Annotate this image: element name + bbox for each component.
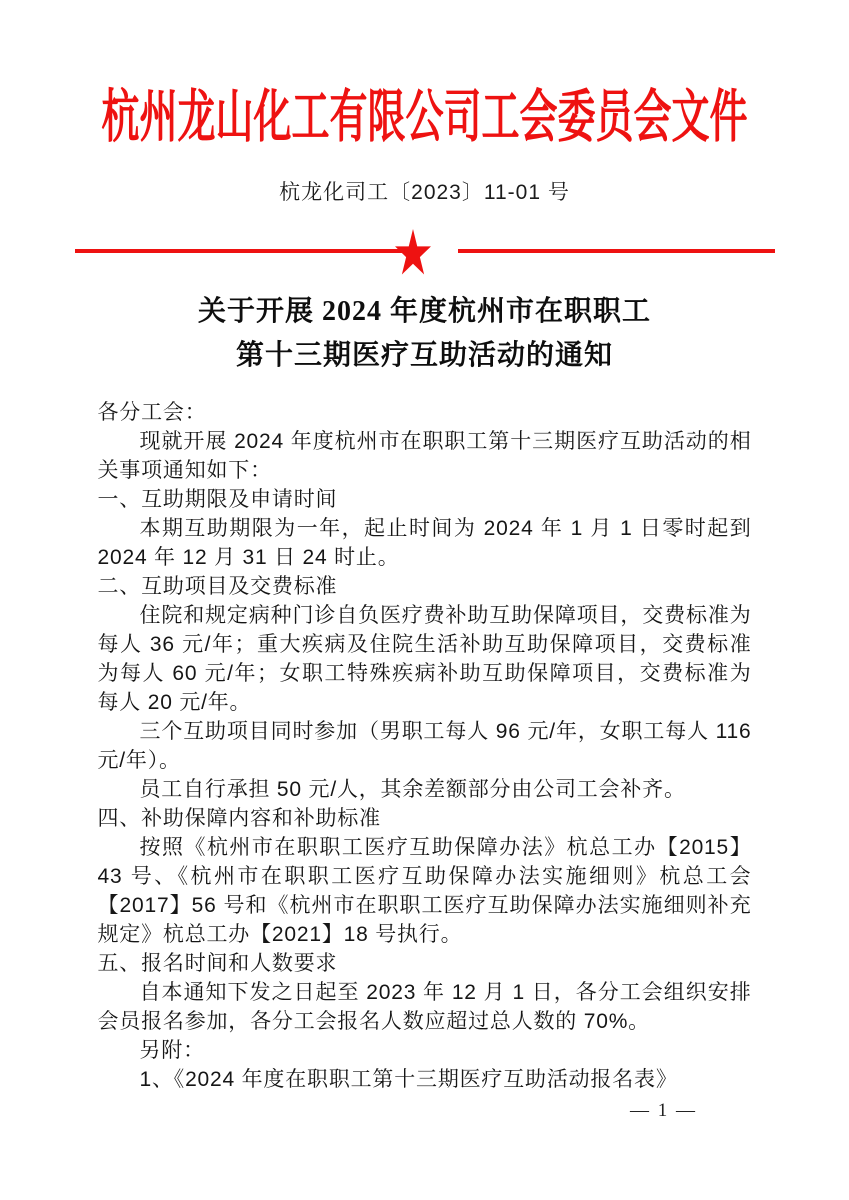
body-paragraph: 现就开展 2024 年度杭州市在职职工第十三期医疗互助活动的相关事项通知如下： — [98, 427, 752, 485]
document-title-line2: 第十三期医疗互助活动的通知 — [236, 340, 613, 371]
page-number: — 1 — — [630, 1100, 697, 1122]
body-paragraph: 三个互助项目同时参加（男职工每人 96 元/年，女职工每人 116 元/年）。 — [98, 717, 752, 775]
body-paragraph: 1、《2024 年度在职职工第十三期医疗互助活动报名表》 — [98, 1065, 752, 1094]
star-icon — [395, 228, 431, 276]
body-paragraph: 各分工会： — [98, 398, 752, 427]
divider-line-right — [458, 249, 775, 253]
body-paragraph: 员工自行承担 50 元/人，其余差额部分由公司工会补齐。 — [98, 775, 752, 804]
document-page: 杭州龙山化工有限公司工会委员会文件 杭龙化司工〔2023〕11-01 号 关于开… — [0, 0, 849, 1200]
body-paragraph: 住院和规定病种门诊自负医疗费补助互助保障项目，交费标准为每人 36 元/年；重大… — [98, 601, 752, 717]
body-paragraph: 自本通知下发之日起至 2023 年 12 月 1 日，各分工会组织安排会员报名参… — [98, 978, 752, 1036]
document-body: 各分工会：现就开展 2024 年度杭州市在职职工第十三期医疗互助活动的相关事项通… — [98, 398, 752, 1094]
body-paragraph: 二、互助项目及交费标准 — [98, 572, 752, 601]
org-banner-title: 杭州龙山化工有限公司工会委员会文件 — [0, 88, 849, 148]
document-number: 杭龙化司工〔2023〕11-01 号 — [0, 180, 849, 206]
body-paragraph: 四、补助保障内容和补助标准 — [98, 804, 752, 833]
document-title-line1: 关于开展 2024 年度杭州市在职职工 — [198, 296, 651, 327]
header-divider — [75, 228, 775, 276]
divider-line-left — [75, 249, 421, 253]
body-paragraph: 按照《杭州市在职职工医疗互助保障办法》杭总工办【2015】43 号、《杭州市在职… — [98, 833, 752, 949]
body-paragraph: 本期互助期限为一年，起止时间为 2024 年 1 月 1 日零时起到 2024 … — [98, 514, 752, 572]
body-paragraph: 一、互助期限及申请时间 — [98, 485, 752, 514]
body-paragraph: 另附： — [98, 1036, 752, 1065]
body-paragraph: 五、报名时间和人数要求 — [98, 949, 752, 978]
document-title: 关于开展 2024 年度杭州市在职职工 第十三期医疗互助活动的通知 — [0, 290, 849, 378]
